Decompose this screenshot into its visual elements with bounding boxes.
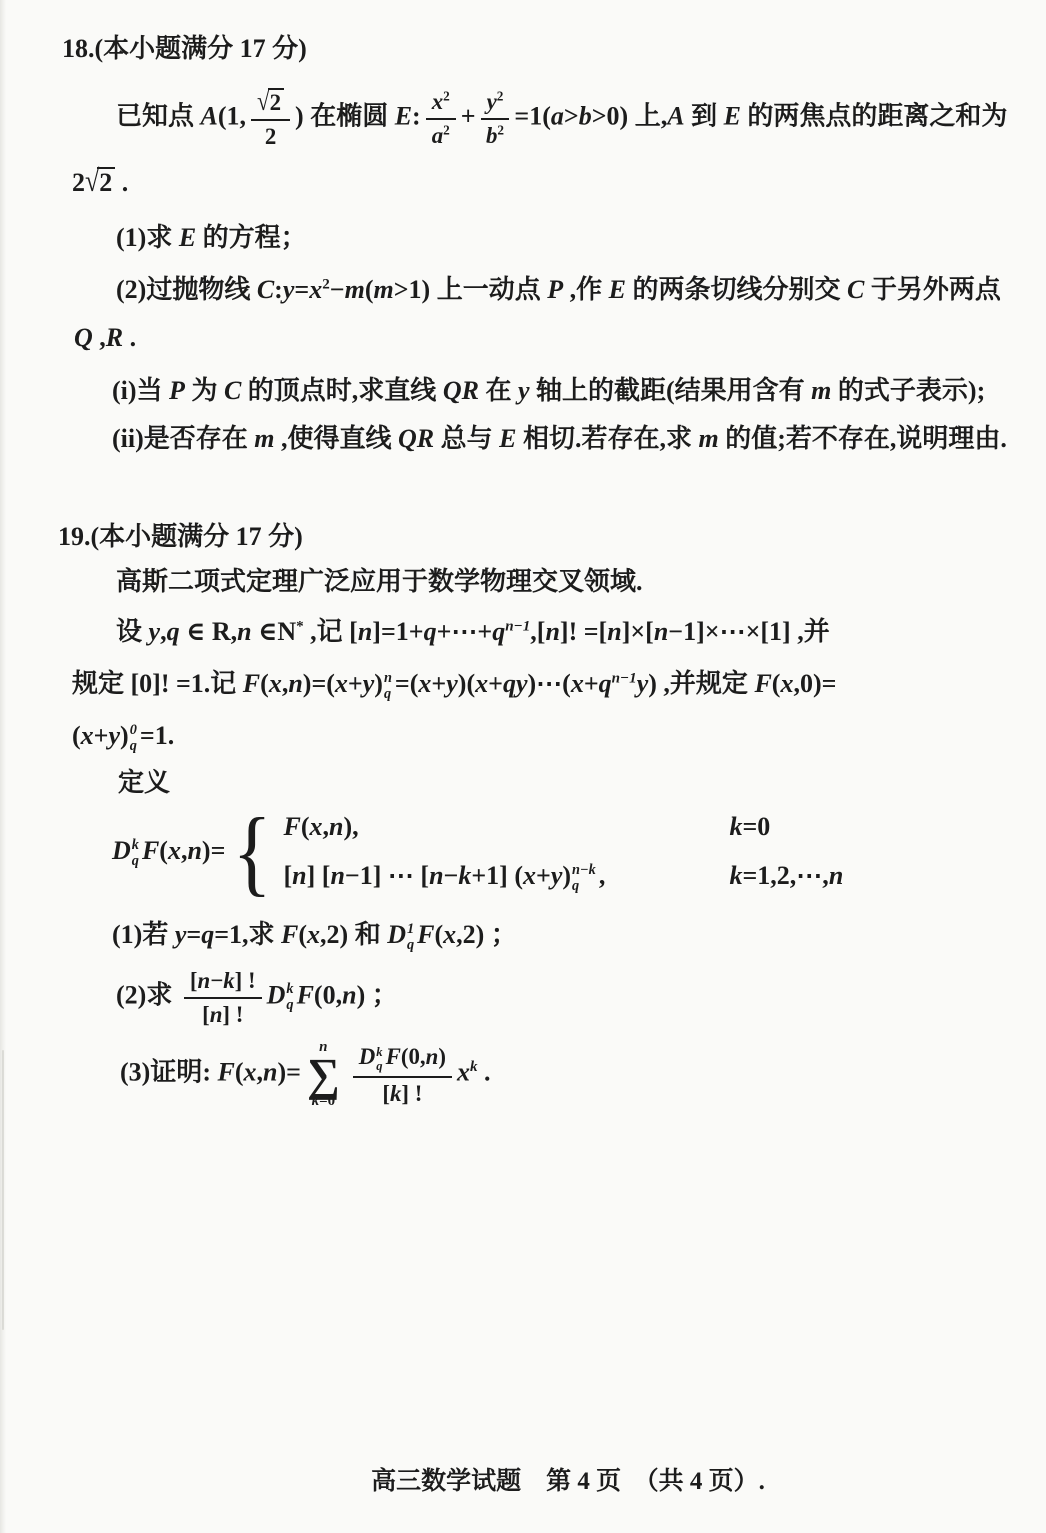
math-run: + — [348, 669, 363, 698]
math-run: )= — [202, 836, 225, 865]
math-var: R — [106, 323, 123, 352]
math-var: k — [458, 861, 471, 890]
fraction-denominator: 2 — [251, 121, 290, 150]
subscript: q — [130, 738, 137, 754]
math-var: m — [699, 424, 719, 453]
question-19-setup-line-1: 设 y,q ∈ R,n ∈N* ,记 [n]=1+q+⋯+qn−1,[n]! =… — [116, 616, 830, 649]
math-run: =1,2,⋯, — [742, 861, 828, 890]
text-run: 的方程； — [196, 223, 307, 252]
text-run: (1)若 — [112, 920, 175, 949]
math-var: x — [307, 920, 320, 949]
math-run: + — [461, 101, 476, 130]
math-var: n — [263, 1058, 277, 1087]
math-var: y — [446, 669, 458, 698]
math-var: x — [571, 669, 584, 698]
math-var: k — [729, 812, 742, 841]
sqrt-radicand: 2 — [97, 167, 115, 198]
math-run: [ — [202, 1002, 210, 1027]
math-var: A — [667, 101, 684, 130]
exam-paper-page: 18.(本小题满分 17 分) 已知点 A(1,√22) 在椭圆 E:x2a2+… — [0, 0, 1046, 1533]
case-expression: [n] [n−1] ⋯ [n−k+1] (x+y)n−kq, — [283, 860, 729, 894]
math-var: m — [374, 275, 394, 304]
math-run: ] ! — [222, 1002, 243, 1027]
superscript: 2 — [322, 276, 330, 292]
text-run: . — [123, 323, 136, 352]
math-var: y — [149, 617, 161, 646]
math-run: − — [210, 968, 223, 993]
math-run: : — [412, 101, 421, 130]
sup-sub-script: kq — [132, 837, 139, 869]
subscript: q — [286, 997, 293, 1013]
scan-mark-artifact — [2, 1050, 4, 1330]
fraction-denominator: [n] ! — [184, 999, 262, 1028]
math-run: , — [599, 861, 606, 890]
question-18-given-line-2: 2√2 . — [72, 167, 128, 200]
sqrt-sign: √ — [85, 163, 99, 201]
math-run: + — [431, 669, 446, 698]
definition-label: 定义 — [118, 767, 170, 800]
math-var: n — [829, 861, 843, 890]
sqrt-radicand: 2 — [268, 88, 284, 115]
fraction: [n−k] ![n] ! — [184, 966, 262, 1029]
math-var: F — [417, 920, 434, 949]
math-var: n — [654, 617, 668, 646]
math-run: ,[ — [530, 617, 545, 646]
math-run: − — [444, 861, 459, 890]
math-run: =( — [395, 669, 418, 698]
math-var: Q — [74, 323, 93, 352]
text-run: ,使得直线 — [275, 424, 399, 453]
text-run: 的值;若不存在,说明理由. — [719, 424, 1007, 453]
math-var: E — [609, 275, 626, 304]
math-var: D — [267, 980, 286, 1009]
math-run: − — [330, 275, 345, 304]
math-run: ] ! — [235, 968, 256, 993]
square-root: √2 — [85, 168, 115, 197]
math-var: n — [330, 861, 344, 890]
math-run: ), — [343, 812, 358, 841]
math-run: [ — [382, 1081, 390, 1106]
math-var: b — [486, 123, 497, 148]
math-var: x — [432, 89, 443, 114]
text-run: 于另外两点 — [864, 275, 1001, 304]
footer-text: 高三数学试题 第 4 页 （共 4 页）. — [371, 1468, 765, 1495]
fraction-numerator: [n−k] ! — [184, 966, 262, 999]
math-var: n — [329, 812, 343, 841]
math-run: : — [274, 275, 283, 304]
superscript: n−1 — [505, 618, 530, 634]
math-var: q — [492, 617, 505, 646]
piecewise-case-2: [n] [n−1] ⋯ [n−k+1] (x+y)n−kq,k=1,2,⋯,n — [283, 860, 843, 894]
math-var: y — [518, 376, 530, 405]
math-run: + — [584, 669, 599, 698]
fraction-numerator: DkqF(0,n) — [353, 1042, 452, 1078]
math-var: A — [201, 101, 218, 130]
text-run: 在 — [479, 376, 518, 405]
math-exponent: k — [470, 1059, 478, 1075]
math-run: )= — [277, 1058, 300, 1087]
math-var: qy — [503, 669, 528, 698]
left-brace: { — [233, 813, 272, 892]
math-run: 2 — [72, 168, 85, 197]
sup-sub-script: nq — [384, 670, 392, 702]
math-var: F — [142, 836, 159, 865]
text-run: 的两焦点的距离之和为 — [741, 101, 1008, 130]
fraction-denominator: [k] ! — [353, 1078, 452, 1107]
fraction: y2b2 — [481, 87, 510, 150]
superscript: 2 — [443, 88, 450, 103]
question-18-header: 18.(本小题满分 17 分) — [62, 33, 307, 66]
text-run: ,记 [ — [304, 617, 358, 646]
math-var: n — [426, 1044, 439, 1069]
math-run: ) — [562, 861, 571, 890]
text-run: 规定 [0]! =1.记 — [72, 669, 243, 698]
sum-lower-limit: k=0 — [312, 1094, 336, 1109]
math-run: )( — [458, 669, 475, 698]
math-var: C — [224, 376, 241, 405]
sup-sub-script: 1q — [407, 921, 414, 953]
math-var: q — [424, 617, 437, 646]
case-condition: k=0 — [729, 811, 770, 844]
math-var: F — [243, 669, 260, 698]
math-run: ] [ — [307, 861, 331, 890]
piecewise-lhs: DkqF(x,n)= — [112, 835, 225, 869]
math-var: k — [729, 861, 742, 890]
superscript: n−k — [572, 862, 596, 878]
math-var: a — [551, 101, 564, 130]
text-run: =1,求 — [214, 920, 281, 949]
math-var: x — [780, 669, 793, 698]
math-run: + — [536, 861, 551, 890]
math-run: + — [488, 669, 503, 698]
math-var: y — [175, 920, 187, 949]
math-run: =0 — [319, 1093, 335, 1109]
text-run: ,2) ； — [456, 920, 517, 949]
question-18-subpart-i: (i)当 P 为 C 的顶点时,求直线 QR 在 y 轴上的截距(结果用含有 m… — [112, 375, 985, 408]
math-run: = — [186, 920, 201, 949]
text-run: >0) 上, — [592, 101, 667, 130]
math-exponent: n−1 — [612, 670, 637, 686]
square-root: √2 — [257, 90, 284, 115]
math-run: (0, — [314, 980, 342, 1009]
math-var: n — [429, 861, 443, 890]
summation: n∑k=0 — [307, 1040, 340, 1109]
math-run: +1] ( — [471, 861, 523, 890]
piecewise-case-1: F(x,n),k=0 — [283, 811, 843, 844]
text-run: 的式子表示); — [831, 376, 985, 405]
math-var: b — [579, 101, 592, 130]
math-var: F — [297, 980, 314, 1009]
math-var: x — [335, 669, 348, 698]
math-run: . — [115, 168, 128, 197]
math-var: q — [167, 617, 180, 646]
text-run: 设 — [116, 617, 149, 646]
case-expression: F(x,n), — [283, 811, 729, 844]
math-var: x — [418, 669, 431, 698]
math-var: n — [607, 617, 621, 646]
page-footer: 高三数学试题 第 4 页 （共 4 页）. — [371, 1466, 765, 1497]
text-run: 18.(本小题满分 17 分) — [62, 34, 307, 63]
math-var: x — [309, 275, 322, 304]
math-set-natural: N — [277, 617, 296, 646]
math-run: )⋯( — [527, 669, 570, 698]
question-19-part-3: (3)证明: F(x,n)=n∑k=0DkqF(0,n)[k] !xk . — [120, 1040, 491, 1109]
math-run: (0, — [401, 1044, 426, 1069]
case-condition: k=1,2,⋯,n — [729, 860, 843, 893]
math-var: y — [363, 669, 375, 698]
subscript: q — [384, 686, 391, 702]
superscript: 2 — [497, 123, 504, 138]
superscript: 2 — [497, 88, 504, 103]
math-var: k — [223, 968, 234, 993]
math-run: ( — [260, 669, 269, 698]
math-var: F — [754, 669, 771, 698]
fraction-numerator: √2 — [251, 86, 290, 121]
math-run: =1. — [140, 721, 174, 750]
math-run: ( — [298, 920, 307, 949]
math-var: y — [283, 275, 295, 304]
math-var: n — [197, 968, 210, 993]
math-var: QR — [398, 424, 434, 453]
math-run: ,0)= — [793, 669, 836, 698]
text-run: >1) 上一动点 — [394, 275, 547, 304]
question-18-part-1: (1)求 E 的方程； — [116, 222, 307, 255]
text-run: (3)证明: — [120, 1058, 217, 1087]
math-run: =1( — [514, 101, 550, 130]
math-run: ]! =[ — [560, 617, 607, 646]
superscript: n−1 — [612, 670, 637, 686]
question-18-given-line: 已知点 A(1,√22) 在椭圆 E:x2a2+y2b2=1(a>b>0) 上,… — [116, 86, 1007, 151]
math-run: (1, — [218, 101, 246, 130]
text-run: (i)当 — [112, 376, 169, 405]
math-run: > — [564, 101, 579, 130]
math-run: ( — [72, 721, 81, 750]
math-run: . — [478, 1058, 491, 1087]
text-run: ,2) 和 — [320, 920, 387, 949]
math-var: n — [342, 980, 356, 1009]
math-run: = — [294, 275, 309, 304]
text-run: 总与 — [434, 424, 499, 453]
math-var: a — [432, 123, 443, 148]
math-var: x — [269, 669, 282, 698]
math-var: F — [281, 920, 298, 949]
text-run: 定义 — [118, 768, 170, 797]
math-run: ) — [438, 1044, 446, 1069]
math-var: y — [109, 721, 121, 750]
superscript: k — [470, 1059, 478, 1075]
math-run: ) — [648, 669, 657, 698]
math-var: x — [457, 1058, 470, 1087]
question-19-setup-line-2: 规定 [0]! =1.记 F(x,n)=(x+y)nq=(x+y)(x+qy)⋯… — [72, 668, 836, 702]
math-var: D — [387, 920, 406, 949]
text-run: ) 在椭圆 — [295, 101, 395, 130]
math-var: n — [187, 836, 201, 865]
math-var: P — [169, 376, 185, 405]
question-19-part-2: (2)求 [n−k] ![n] !DkqF(0,n) ； — [116, 966, 398, 1029]
math-var: q — [599, 669, 612, 698]
math-run: ∈ — [180, 617, 212, 646]
question-19-part-1: (1)若 y=q=1,求 F(x,2) 和 D1qF(x,2) ； — [112, 919, 517, 953]
superscript: k — [376, 1045, 382, 1059]
math-var: x — [443, 920, 456, 949]
math-var: x — [310, 812, 323, 841]
math-var: E — [724, 101, 741, 130]
text-run: 的两条切线分别交 — [626, 275, 847, 304]
math-run: ]=1+ — [372, 617, 423, 646]
text-run: (ii)是否存在 — [112, 424, 254, 453]
subscript: q — [132, 853, 139, 869]
fraction-numerator: y2 — [481, 87, 510, 120]
math-run: [ — [283, 861, 292, 890]
math-var: F — [217, 1058, 234, 1087]
math-run: ]×[ — [622, 617, 654, 646]
superscript: k — [132, 837, 139, 853]
text-run: ) ； — [357, 980, 398, 1009]
math-run: ) — [120, 721, 129, 750]
math-var: x — [81, 721, 94, 750]
subscript: q — [572, 878, 579, 894]
subscript: q — [407, 937, 414, 953]
sqrt-sign: √ — [257, 86, 270, 117]
math-var: n — [210, 1002, 223, 1027]
math-var: x — [475, 669, 488, 698]
question-19-setup-line-3: (x+y)0q=1. — [72, 720, 174, 754]
text-run: (2)过抛物线 — [116, 275, 257, 304]
question-19-intro: 高斯二项式定理广泛应用于数学物理交叉领域. — [116, 566, 643, 599]
math-var: m — [254, 424, 274, 453]
text-run: (1)求 — [116, 223, 179, 252]
math-var: n — [237, 617, 251, 646]
math-var: F — [386, 1044, 401, 1069]
fraction-numerator: x2 — [426, 87, 456, 120]
superscript: 1 — [407, 921, 414, 937]
sup-sub-script: 0q — [130, 722, 137, 754]
fraction-denominator: a2 — [426, 120, 456, 149]
math-var: y — [637, 669, 649, 698]
math-var: C — [847, 275, 864, 304]
text-run: (2)求 — [116, 980, 179, 1009]
math-run: ( — [301, 812, 310, 841]
math-var: QR — [443, 376, 479, 405]
math-var: m — [811, 376, 831, 405]
fraction: x2a2 — [426, 87, 456, 150]
math-var: E — [499, 424, 516, 453]
math-run: +⋯+ — [437, 617, 493, 646]
text-run: 已知点 — [116, 101, 201, 130]
math-var: E — [179, 223, 196, 252]
text-run: ,作 — [563, 275, 609, 304]
math-var: n — [288, 669, 302, 698]
math-var: D — [112, 836, 131, 865]
sup-sub-script: n−kq — [572, 862, 596, 894]
superscript: 0 — [130, 722, 137, 738]
math-run: + — [94, 721, 109, 750]
math-var: E — [395, 101, 412, 130]
math-run: ( — [159, 836, 168, 865]
text-run: 的顶点时,求直线 — [241, 376, 443, 405]
text-run: 相切.若存在,求 — [517, 424, 699, 453]
superscript: * — [296, 618, 304, 634]
math-run: ∈ — [252, 617, 278, 646]
math-run: )=( — [303, 669, 335, 698]
question-18-part-2-line-2: Q ,R . — [74, 322, 136, 355]
text-run: 为 — [185, 376, 224, 405]
text-run: 轴上的截距(结果用含有 — [530, 376, 812, 405]
question-18-part-2-line-1: (2)过抛物线 C:y=x2−m(m>1) 上一动点 P ,作 E 的两条切线分… — [116, 274, 1001, 307]
math-exponent: n−1 — [505, 618, 530, 634]
math-var: m — [345, 275, 365, 304]
sigma-symbol: ∑ — [307, 1055, 340, 1094]
math-var: n — [545, 617, 559, 646]
math-var: D — [359, 1044, 376, 1069]
text-run: 到 — [685, 101, 724, 130]
math-var: y — [551, 861, 563, 890]
sup-sub-script: kq — [286, 981, 293, 1013]
fraction-denominator: b2 — [481, 120, 510, 149]
math-var: x — [244, 1058, 257, 1087]
subscript: q — [376, 1059, 382, 1073]
math-var: k — [312, 1093, 320, 1109]
piecewise-definition: DkqF(x,n)={F(x,n),k=0[n] [n−1] ⋯ [n−k+1]… — [112, 811, 843, 894]
math-run: ( — [435, 920, 444, 949]
question-19-header: 19.(本小题满分 17 分) — [58, 521, 303, 554]
math-var: x — [523, 861, 536, 890]
math-var: P — [547, 275, 563, 304]
math-run: ] ! — [401, 1081, 422, 1106]
math-var: n — [358, 617, 372, 646]
piecewise-cases: F(x,n),k=0[n] [n−1] ⋯ [n−k+1] (x+y)n−kq,… — [283, 811, 843, 894]
math-run: ( — [365, 275, 374, 304]
superscript: k — [286, 981, 293, 997]
math-var: x — [168, 836, 181, 865]
fraction: DkqF(0,n)[k] ! — [353, 1042, 452, 1107]
question-18-subpart-ii: (ii)是否存在 m ,使得直线 QR 总与 E 相切.若存在,求 m 的值;若… — [112, 423, 1007, 456]
text-run: 高斯二项式定理广泛应用于数学物理交叉领域. — [116, 567, 643, 596]
math-var: n — [292, 861, 306, 890]
math-var: q — [201, 920, 214, 949]
text-run: , — [93, 323, 106, 352]
math-var: C — [257, 275, 274, 304]
math-var: y — [487, 89, 497, 114]
sup-sub-script: kq — [376, 1045, 382, 1073]
text-run: 19.(本小题满分 17 分) — [58, 522, 303, 551]
text-run: −1]×⋯×[1] ,并 — [668, 617, 829, 646]
text-run: ,并规定 — [657, 669, 755, 698]
math-run: ( — [235, 1058, 244, 1087]
math-set-real: R — [212, 617, 231, 646]
math-var: F — [283, 812, 300, 841]
math-var: k — [390, 1081, 401, 1106]
math-run: =0 — [742, 812, 770, 841]
math-run: −1] ⋯ [ — [345, 861, 429, 890]
math-run: ) — [374, 669, 383, 698]
fraction: √22 — [251, 86, 290, 151]
superscript: n — [384, 670, 392, 686]
superscript: 2 — [443, 123, 450, 138]
